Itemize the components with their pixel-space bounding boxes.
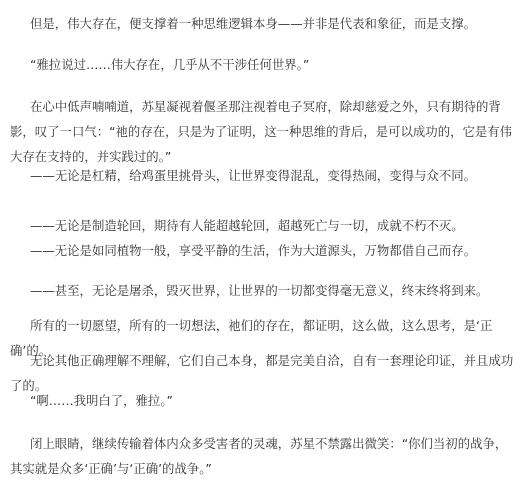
paragraph: ——无论是如同植物一般，享受平静的生活，作为大道源头，万物都借自己而存。 bbox=[10, 238, 514, 263]
paragraph: 在心中低声喃喃道，苏星凝视着偃圣那注视着电子冥府，除却慈爱之外，只有期待的背影，… bbox=[10, 94, 514, 169]
paragraph: ——无论是杠精，给鸡蛋里挑骨头，让世界变得混乱，变得热闹，变得与众不同。 bbox=[10, 163, 514, 188]
paragraph: “雅拉说过……伟大存在，几乎从不干涉任何世界。” bbox=[10, 52, 514, 77]
paragraph: 闭上眼睛，继续传输着体内众多受害者的灵魂，苏星不禁露出微笑：“你们当初的战争，其… bbox=[10, 431, 514, 481]
article-body: 但是，伟大存在，便支撑着一种思维逻辑本身——并非是代表和象征，而是支撑。 “雅拉… bbox=[0, 0, 532, 483]
paragraph: 但是，伟大存在，便支撑着一种思维逻辑本身——并非是代表和象征，而是支撑。 bbox=[10, 11, 514, 36]
paragraph: “啊……我明白了，雅拉。” bbox=[10, 388, 514, 413]
paragraph: ——甚至，无论是屠杀，毁灭世界，让世界的一切都变得毫无意义，终末终将到来。 bbox=[10, 278, 514, 303]
paragraph: ——无论是制造轮回，期待有人能超越轮回，超越死亡与一切，成就不朽不灭。 bbox=[10, 213, 514, 238]
